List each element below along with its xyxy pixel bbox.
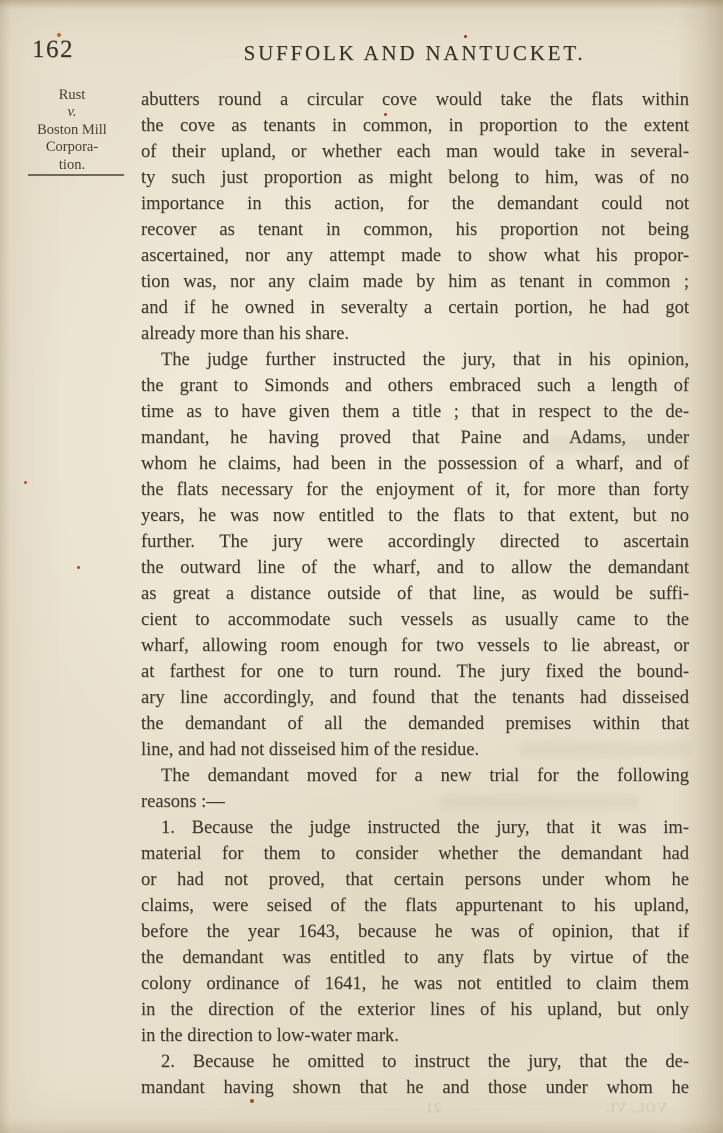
- body-line: the grant to Simonds and others embraced…: [141, 373, 689, 399]
- show-through-volume-label: VOL. VI.: [605, 1101, 667, 1117]
- body-line: years, he was now entitled to the flats …: [141, 503, 689, 529]
- body-line: the demandant of all the demanded premis…: [141, 711, 689, 737]
- margin-note-line: v.: [8, 104, 136, 121]
- scan-speck: [24, 481, 27, 484]
- body-line: tion was, nor any claim made by him as t…: [141, 269, 689, 295]
- body-line: 1. Because the judge instructed the jury…: [141, 815, 689, 841]
- body-line: at farthest for one to turn round. The j…: [141, 659, 689, 685]
- scan-speck: [57, 33, 61, 37]
- body-line: or had not proved, that certain persons …: [141, 867, 689, 893]
- body-line: the cove as tenants in common, in propor…: [141, 113, 689, 139]
- body-line: whom he claims, had been in the possessi…: [141, 451, 689, 477]
- body-text: abutters round a circular cove would tak…: [141, 87, 689, 1101]
- body-line: wharf, allowing room enough for two vess…: [141, 633, 689, 659]
- body-line: importance in this action, for the deman…: [141, 191, 689, 217]
- margin-note-line: Corpora-: [8, 139, 136, 156]
- margin-note-line: tion.: [8, 157, 136, 174]
- body-line: abutters round a circular cove would tak…: [141, 87, 689, 113]
- body-line: The judge further instructed the jury, t…: [141, 347, 689, 373]
- body-line: further. The jury were accordingly direc…: [141, 529, 689, 555]
- body-line: 2. Because he omitted to instruct the ju…: [141, 1049, 689, 1075]
- margin-note-rule: [28, 174, 124, 176]
- body-line: before the year 1643, because he was of …: [141, 919, 689, 945]
- body-line: of their upland, or whether each man wou…: [141, 139, 689, 165]
- body-line: time as to have given them a title ; tha…: [141, 399, 689, 425]
- scan-speck: [384, 113, 387, 116]
- body-line: cient to accommodate such vessels as usu…: [141, 607, 689, 633]
- margin-note-line: Rust: [8, 87, 136, 104]
- body-line: colony ordinance of 1641, he was not ent…: [141, 971, 689, 997]
- scan-speck: [464, 35, 467, 38]
- body-line: ty such just proportion as might belong …: [141, 165, 689, 191]
- case-margin-note: Rustv.Boston MillCorpora-tion.: [8, 87, 136, 174]
- body-line: already more than his share.: [141, 321, 689, 347]
- body-line: mandant having shown that he and those u…: [141, 1075, 689, 1101]
- scan-speck: [250, 1099, 254, 1103]
- show-through-signature-mark: 21: [425, 1101, 441, 1117]
- show-through-smudge: [545, 438, 690, 452]
- margin-note-line: Boston Mill: [8, 122, 136, 139]
- body-line: in the direction to low-water mark.: [141, 1023, 689, 1049]
- body-line: ary line accordingly, and found that the…: [141, 685, 689, 711]
- body-line: ascertained, nor any attempt made to sho…: [141, 243, 689, 269]
- body-line: the outward line of the wharf, and to al…: [141, 555, 689, 581]
- body-line: material for them to consider whether th…: [141, 841, 689, 867]
- body-line: and if he owned in severalty a certain p…: [141, 295, 689, 321]
- running-header: SUFFOLK AND NANTUCKET.: [140, 41, 689, 66]
- scanned-book-page: 162 SUFFOLK AND NANTUCKET. Rustv.Boston …: [0, 0, 723, 1133]
- show-through-smudge: [520, 742, 690, 756]
- body-line: as great a distance outside of that line…: [141, 581, 689, 607]
- body-line: recover as tenant in common, his proport…: [141, 217, 689, 243]
- body-line: The demandant moved for a new trial for …: [141, 763, 689, 789]
- scan-speck: [77, 566, 80, 569]
- body-line: the demandant was entitled to any flats …: [141, 945, 689, 971]
- page-number: 162: [32, 36, 74, 64]
- body-line: claims, were seised of the flats appurte…: [141, 893, 689, 919]
- show-through-smudge: [440, 796, 640, 809]
- body-line: in the direction of the exterior lines o…: [141, 997, 689, 1023]
- body-line: the flats necessary for the enjoyment of…: [141, 477, 689, 503]
